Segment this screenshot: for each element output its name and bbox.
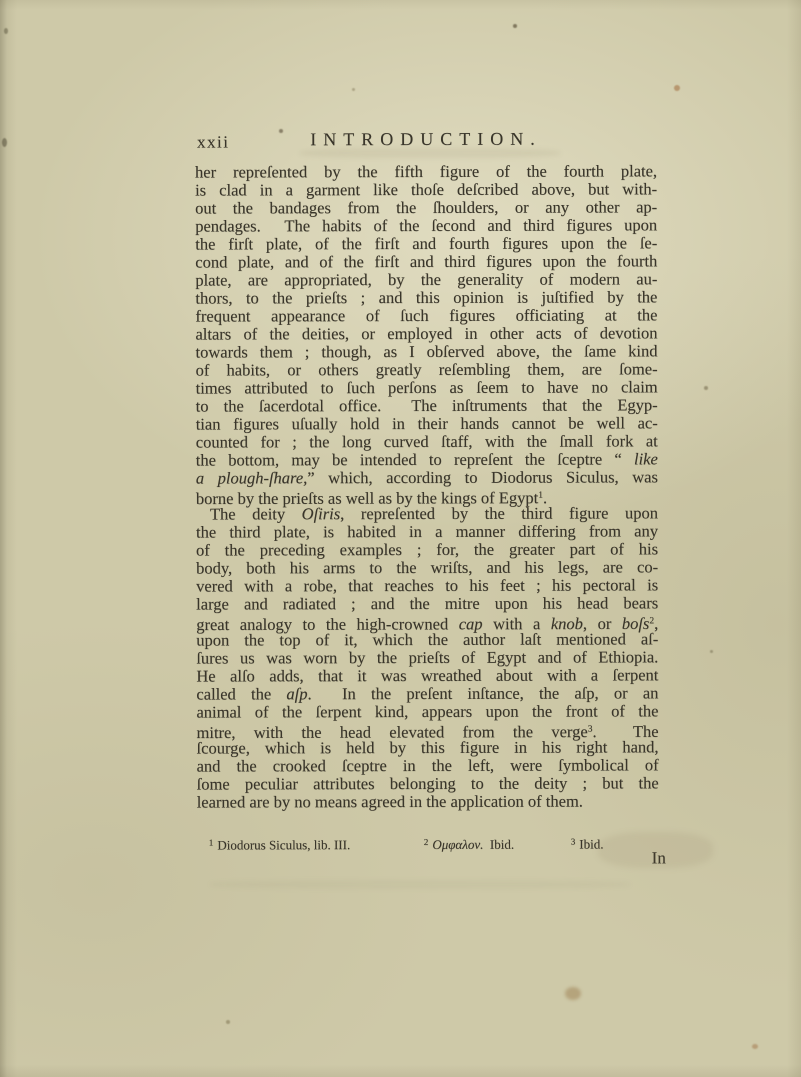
paper-stain [226,1020,230,1024]
paper-stain [513,24,517,28]
paper-stain [752,1044,758,1049]
paper-stain [2,138,7,147]
showthrough-smudge [598,832,713,868]
paper-stain [352,88,355,91]
paper-stain [565,987,581,1000]
paper-stain [279,129,283,133]
book-page: xxii INTRODUCTION. her repreſented by th… [0,0,801,1077]
showthrough-smudge [210,880,630,889]
text-line: large and radiated ; and the mitre upon … [196,594,658,613]
catchword: In [197,848,666,869]
text-line: animal of the ſerpent kind, appears upon… [196,702,658,721]
paper-stain [674,85,680,91]
text-line: learned are by no means agreed in the ap… [197,792,659,811]
body-text: her repreſented by the fifth figure of t… [195,162,659,811]
page-content: xxii INTRODUCTION. her repreſented by th… [0,0,801,1077]
text-line: a plough-ſhare,” which, according to Dio… [196,468,658,487]
showthrough-smudge [300,148,560,158]
paper-stain [710,650,713,653]
text-line: ſome peculiar attributes belonging to th… [197,774,659,793]
paper-stain [4,28,8,34]
paper-stain [704,386,708,390]
